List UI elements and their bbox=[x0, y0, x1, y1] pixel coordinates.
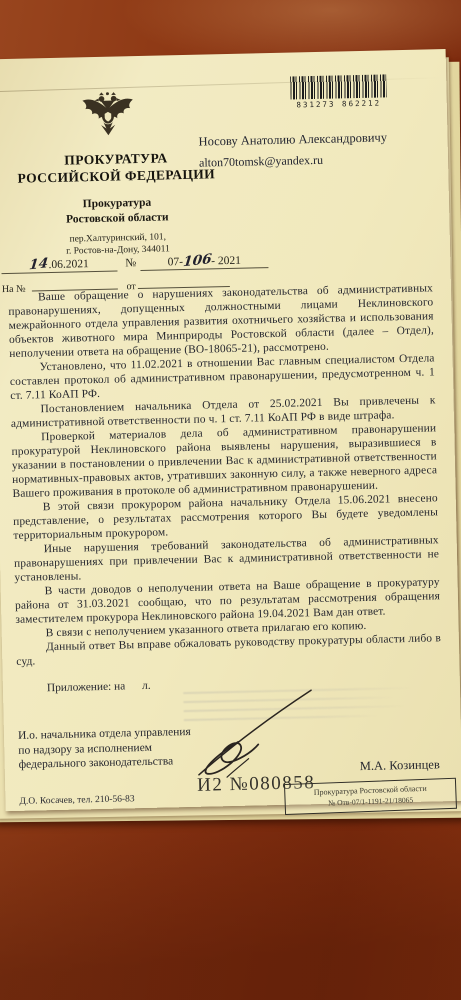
recipient-email: alton70tomsk@yandex.ru bbox=[199, 153, 323, 171]
printed-date: .06.2021 bbox=[48, 258, 89, 271]
ref-number-blank bbox=[32, 279, 118, 292]
letterhead: 831273 862212 ПРОКУРАТУРА bbox=[0, 49, 451, 291]
ref-label: На № bbox=[2, 284, 26, 296]
number-sign: № bbox=[125, 257, 136, 269]
barcode-bars-icon bbox=[290, 74, 386, 99]
signer-position: И.о. начальника отдела управления по над… bbox=[18, 725, 192, 772]
letter-document: 831273 862212 ПРОКУРАТУРА bbox=[0, 49, 461, 811]
signature-area: И.о. начальника отдела управления по над… bbox=[3, 695, 461, 835]
handwritten-doc-number: 106 bbox=[182, 251, 212, 270]
barcode: 831273 862212 bbox=[289, 74, 388, 109]
doc-number-suffix: - 2021 bbox=[211, 255, 241, 268]
letter-body: Ваше обращение о нарушениях законодатель… bbox=[0, 281, 459, 669]
attachment-unit: л. bbox=[142, 680, 151, 692]
coat-of-arms-eagle-icon bbox=[79, 88, 136, 141]
attachment-label: Приложение: на bbox=[47, 680, 126, 694]
handwritten-signature-icon bbox=[191, 688, 323, 783]
doc-number-prefix: 07- bbox=[168, 256, 184, 268]
barcode-digits: 831273 862212 bbox=[290, 98, 388, 109]
executor-contact: Д.О. Косачев, тел. 210-56-83 bbox=[19, 794, 134, 807]
registration-stamp-box: Прокуратура Ростовской области № Отв-07/… bbox=[284, 778, 457, 815]
body-paragraph: Проверкой материалов дела об администрат… bbox=[11, 421, 437, 501]
handwritten-day: 14 bbox=[29, 255, 50, 273]
signer-name: М.А. Козинцев bbox=[360, 757, 440, 774]
recipient-name: Носову Анатолию Александровичу bbox=[198, 130, 387, 149]
ref-from-label: от bbox=[126, 281, 135, 292]
ref-date-blank bbox=[138, 276, 230, 289]
